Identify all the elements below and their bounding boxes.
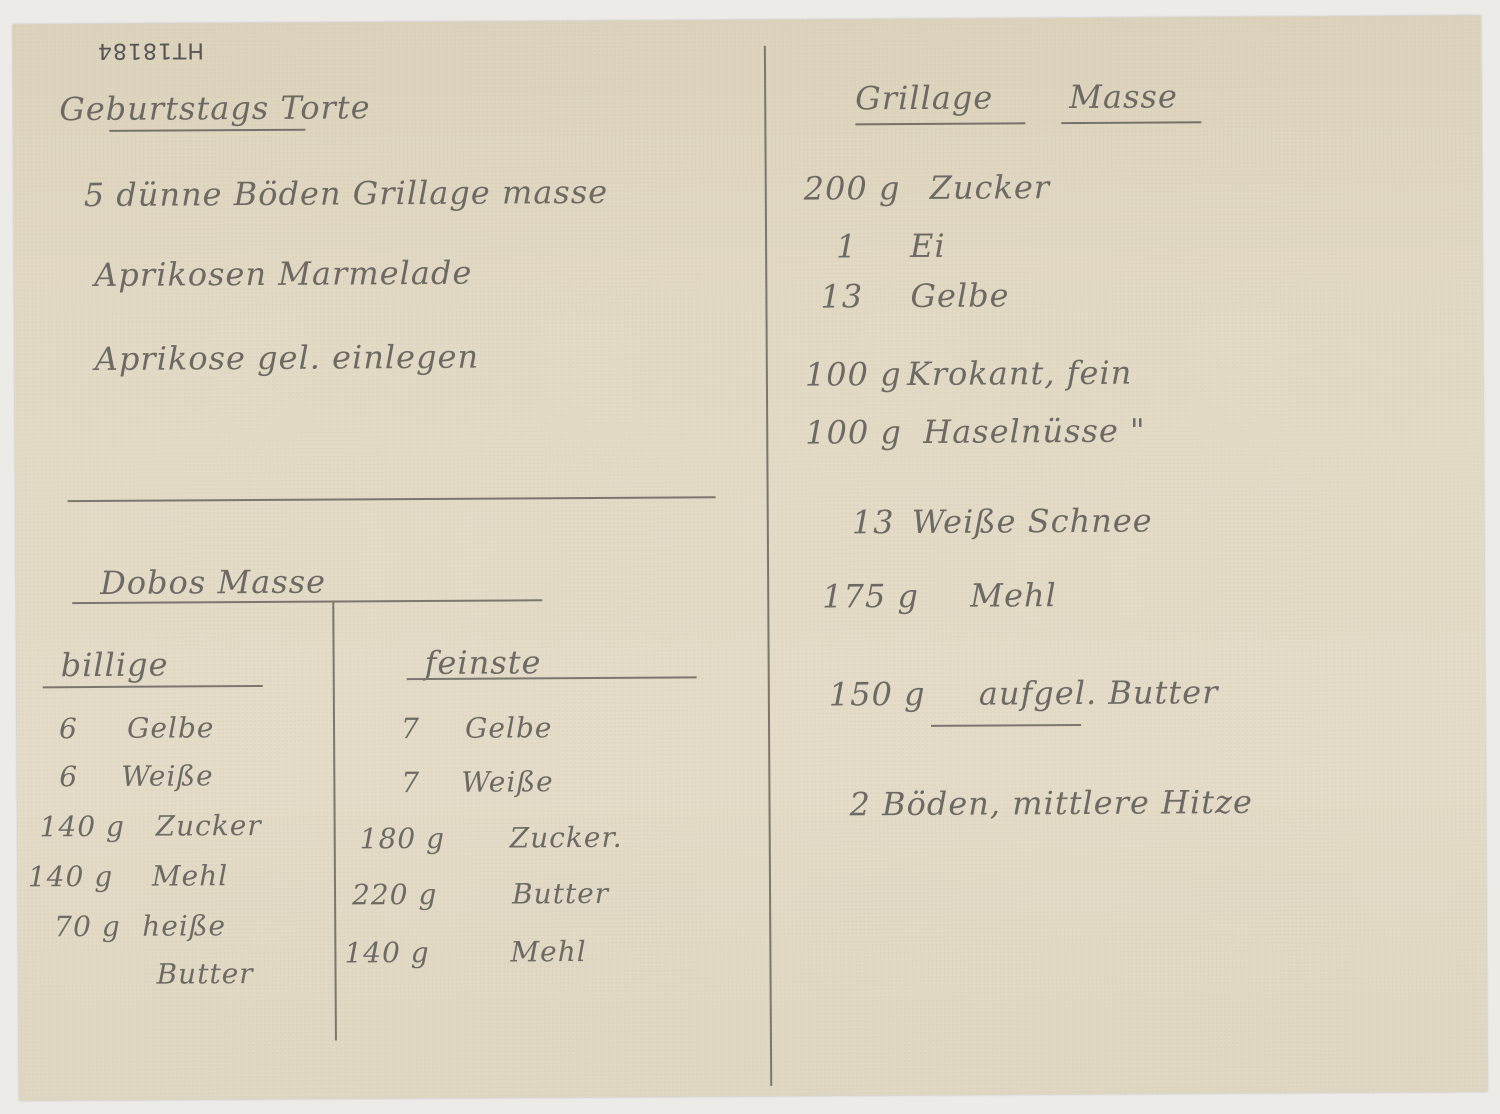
billige-header-rule	[43, 685, 263, 688]
section-divider	[68, 496, 716, 501]
dobos-column-divider	[332, 601, 336, 1041]
billige-item-6: Butter	[156, 957, 253, 991]
grillage-qty-7: 175 g	[822, 577, 919, 616]
cake-title: Geburtstags Torte	[59, 88, 371, 128]
feinste-item-1: Gelbe	[465, 711, 553, 745]
grillage-title-2: Masse	[1069, 77, 1178, 116]
feinste-header: feinste	[425, 643, 542, 682]
feinste-item-4: Butter	[512, 877, 609, 911]
grillage-note: 2 Böden, mittlere Hitze	[849, 783, 1253, 823]
feinste-item-5: Mehl	[510, 935, 586, 968]
billige-qty-5: 70 g	[54, 910, 121, 943]
grillage-title-underline-2	[1061, 121, 1201, 124]
grillage-item-8: aufgel. Butter	[979, 673, 1219, 712]
grillage-qty-2: 1	[836, 227, 858, 265]
feinste-qty-2: 7	[401, 766, 420, 799]
catalog-number: HT18184	[97, 37, 204, 63]
recipe-card: HT18184 Geburtstags Torte 5 dünne Böden …	[13, 16, 1488, 1101]
grillage-qty-6: 13	[852, 503, 895, 541]
grillage-title-1: Grillage	[855, 79, 993, 118]
billige-item-4: Mehl	[152, 859, 228, 892]
grillage-item-1: Zucker	[930, 168, 1051, 207]
billige-header: billige	[61, 646, 169, 685]
grillage-qty-8: 150 g	[829, 675, 926, 714]
billige-qty-3: 140 g	[40, 810, 125, 844]
cake-title-underline	[109, 129, 305, 132]
center-divider	[764, 46, 772, 1086]
feinste-qty-5: 140 g	[344, 936, 429, 970]
grillage-item-5: Haselnüsse "	[923, 412, 1146, 451]
cake-line-2: Aprikosen Marmelade	[94, 254, 472, 294]
grillage-qty-4: 100 g	[805, 355, 902, 394]
grillage-item-3: Gelbe	[910, 276, 1009, 315]
grillage-qty-5: 100 g	[805, 413, 902, 452]
feinste-item-3: Zucker.	[510, 821, 623, 855]
grillage-item-6: Weiße Schnee	[912, 502, 1153, 541]
billige-qty-1: 6	[59, 712, 78, 745]
billige-qty-4: 140 g	[28, 860, 113, 894]
feinste-qty-3: 180 g	[360, 822, 445, 856]
billige-item-5: heiße	[142, 909, 226, 943]
grillage-item-4: Krokant, fein	[907, 354, 1133, 393]
billige-item-1: Gelbe	[127, 711, 215, 745]
grillage-qty-3: 13	[820, 277, 863, 315]
billige-qty-2: 6	[59, 760, 78, 793]
cake-line-1: 5 dünne Böden Grillage masse	[84, 173, 609, 214]
grillage-butter-rule	[931, 724, 1081, 726]
dobos-title: Dobos Masse	[100, 563, 326, 602]
billige-item-2: Weiße	[121, 759, 213, 793]
grillage-item-2: Ei	[910, 227, 946, 265]
cake-line-3: Aprikose gel. einlegen	[95, 338, 480, 378]
feinste-item-2: Weiße	[461, 765, 553, 799]
grillage-title-underline-1	[855, 122, 1025, 125]
feinste-qty-1: 7	[401, 712, 420, 745]
grillage-item-7: Mehl	[970, 576, 1057, 615]
feinste-qty-4: 220 g	[352, 878, 437, 912]
billige-item-3: Zucker	[156, 809, 262, 843]
grillage-qty-1: 200 g	[804, 169, 901, 208]
